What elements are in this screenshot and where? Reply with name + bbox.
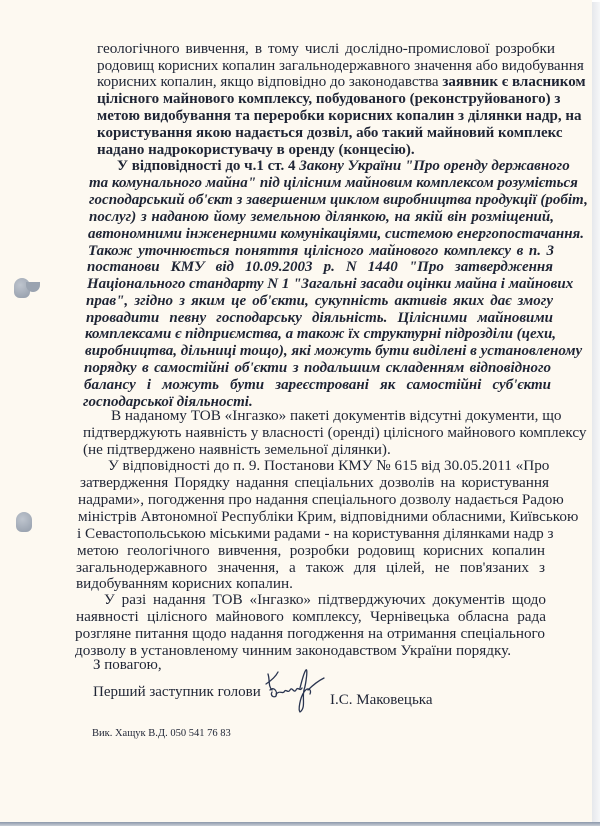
text-line: В наданому ТОВ «Інгазко» пакеті документ… [111, 407, 550, 425]
page-edge-shadow [592, 2, 600, 826]
text-line: У відповідності до п. 9. Постанови КМУ №… [108, 457, 549, 475]
text-line: міністрів Автономної Республіки Крим, ві… [78, 508, 547, 526]
text-line: цілісного майнового комплексу, побудован… [97, 91, 555, 108]
text-line: розгляне питання щодо надання погодження… [75, 625, 545, 643]
text-span-bold: заявник є власником [442, 74, 585, 90]
signatory-name: І.С. Маковецька [330, 692, 433, 709]
text-line: балансу і можуть бути зареєстровані як с… [84, 377, 551, 394]
punch-hole-mark [16, 512, 32, 532]
text-line: родовищ корисних копалин загальнодержавн… [97, 57, 555, 75]
text-line: користування якою надається дозвіл, або … [97, 125, 555, 142]
text-line: та комунального майна" під цілісним майн… [89, 175, 554, 192]
text-line: автономними інженерними комунікаціями, с… [88, 226, 554, 243]
signatory-title: Перший заступник голови [93, 684, 261, 701]
text-span-bold: У відповідності до ч.1 ст. 4 [117, 158, 299, 174]
text-line: наявності цілісного майнового комплексу,… [76, 608, 546, 626]
text-line: У разі надання ТОВ «Інгазко» підтверджую… [104, 591, 546, 609]
text-line: комплексами є підприємства, а також їх с… [85, 326, 552, 343]
text-line: Національного стандарту N 1 "Загальні за… [87, 276, 553, 293]
handwritten-signature-icon [264, 668, 326, 716]
text-line: порядку в самостійні об'єкти з подальшим… [84, 360, 551, 377]
text-line: прав", згідно з яким це об'єкти, сукупні… [86, 293, 553, 310]
text-line: метою геологічного вивчення, розробки ро… [77, 542, 545, 560]
text-line: підтверджують наявність у власності (оре… [83, 424, 550, 442]
text-line: надано надрокористувачу в оренду (концес… [97, 142, 415, 159]
text-line: постанови КМУ від 10.09.2003 р. N 1440 "… [87, 259, 553, 276]
text-line: Також уточнюється поняття цілісного майн… [88, 243, 554, 260]
executor-contact: Вик. Хащук В.Д. 050 541 76 83 [92, 728, 231, 739]
text-line: провадити певну господарську діяльність.… [86, 310, 553, 327]
document-page: геологічного вивчення, в тому числі досл… [0, 0, 592, 822]
text-span-italic: Закону України "Про оренду державного [299, 158, 569, 174]
text-line: виробництва, дільниці тощо), які можуть … [85, 343, 552, 360]
text-span: корисних копалин, якщо відповідно до зак… [97, 74, 442, 90]
punch-hole-mark [14, 278, 30, 298]
text-line: геологічного вивчення, в тому числі досл… [97, 40, 555, 58]
text-line: господарський об'єкт з завершеним циклом… [89, 192, 554, 209]
text-line: У відповідності до ч.1 ст. 4 Закону Укра… [117, 158, 554, 175]
text-line: і Севастопольською міськими радами - на … [77, 525, 546, 543]
salutation: З повагою, [93, 657, 162, 674]
page-edge-shadow [0, 822, 600, 826]
text-line: послуг) з наданою йому земельною ділянко… [89, 209, 554, 226]
text-line: метою видобування та переробки корисних … [97, 108, 555, 125]
text-line: надрами», погодження про надання спеціал… [78, 491, 548, 509]
text-line: затвердження Порядку надання спеціальних… [80, 474, 549, 492]
text-line: корисних копалин, якщо відповідно до зак… [97, 74, 555, 91]
